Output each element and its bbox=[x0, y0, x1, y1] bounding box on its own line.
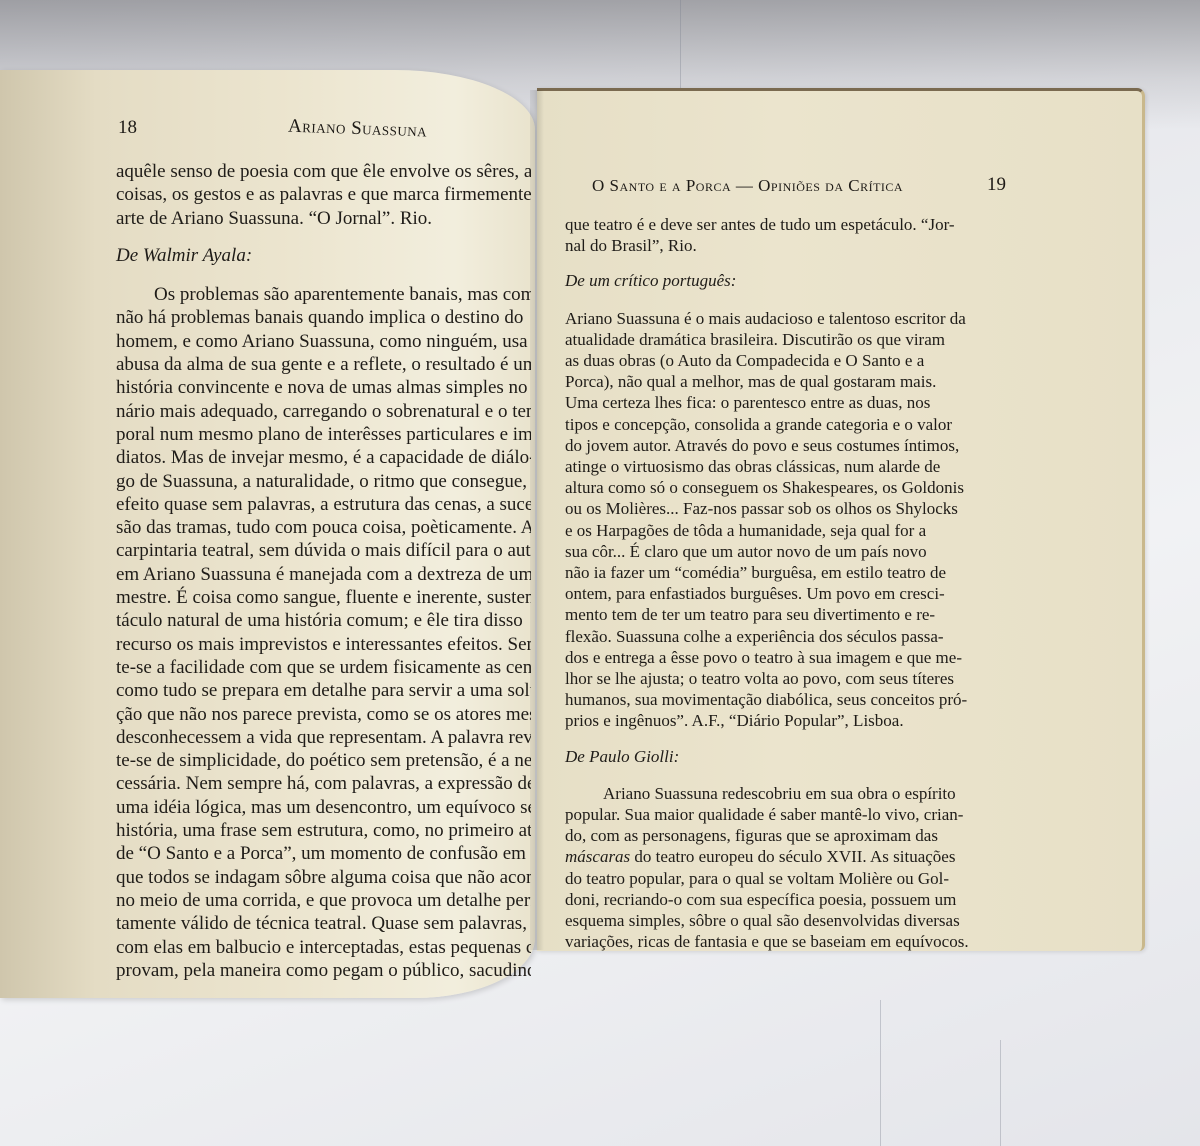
text-line: efeito quase sem palavras, a estrutura d… bbox=[116, 493, 531, 516]
portugues-paragraph: Ariano Suassuna é o mais audacioso e tal… bbox=[565, 308, 1020, 732]
text-line: do teatro popular, para o qual se voltam… bbox=[565, 868, 1020, 889]
text-line: do jovem autor. Através do povo e seus c… bbox=[565, 435, 1020, 456]
text-line: em Ariano Suassuna é manejada com a dext… bbox=[116, 563, 531, 586]
text-line: esquema simples, sôbre o qual são desenv… bbox=[565, 910, 1020, 931]
text-line: que todos se indagam sôbre alguma coisa … bbox=[116, 866, 531, 889]
text-line: homem, e como Ariano Suassuna, como ning… bbox=[116, 330, 531, 353]
text-line: poral num mesmo plano de interêsses part… bbox=[116, 423, 531, 446]
text-line: história, uma frase sem estrutura, como,… bbox=[116, 819, 531, 842]
text-line: Ariano Suassuna redescobriu em sua obra … bbox=[565, 783, 1020, 804]
text-line: altura como só o conseguem os Shakespear… bbox=[565, 477, 1020, 498]
section-heading-giolli: De Paulo Giolli: bbox=[565, 746, 1020, 767]
text-line: como tudo se prepara em detalhe para ser… bbox=[116, 679, 531, 702]
text-line: flexão. Suassuna colhe a experiência dos… bbox=[565, 626, 1020, 647]
text-line: prios e ingênuos”. A.F., “Diário Popular… bbox=[565, 710, 1020, 731]
text-line: lhor se lhe ajusta; o teatro volta ao po… bbox=[565, 668, 1020, 689]
text-line: provam, pela maneira como pegam o públic… bbox=[116, 959, 531, 982]
text-line: história convincente e nova de umas alma… bbox=[116, 376, 531, 399]
text-line: ou os Molières... Faz-nos passar sob os … bbox=[565, 498, 1020, 519]
text-line: humanos, sua movimentação diabólica, seu… bbox=[565, 689, 1020, 710]
text-line: Ariano Suassuna é o mais audacioso e tal… bbox=[565, 308, 1020, 329]
text-line: atualidade dramática brasileira. Discuti… bbox=[565, 329, 1020, 350]
text-line: do, com as personagens, figuras que se a… bbox=[565, 825, 1020, 846]
text-line: mestre. É coisa como sangue, fluente e i… bbox=[116, 586, 531, 609]
text-line: nal do Brasil”, Rio. bbox=[565, 235, 1020, 256]
text-line: com elas em balbucio e interceptadas, es… bbox=[116, 936, 531, 959]
text-line: recurso os mais imprevistos e interessan… bbox=[116, 633, 531, 656]
right-running-head: O Santo e a Porca — Opiniões da Crítica bbox=[592, 176, 903, 196]
text-line: te-se de simplicidade, do poético sem pr… bbox=[116, 749, 531, 772]
left-page-text: aquêle senso de poesia com que êle envol… bbox=[116, 160, 531, 982]
text-line: as duas obras (o Auto da Compadecida e O… bbox=[565, 350, 1020, 371]
text-line: ção que não nos parece prevista, como se… bbox=[116, 703, 531, 726]
text-line: tipos e concepção, consolida a grande ca… bbox=[565, 414, 1020, 435]
text-line: são das tramas, tudo com pouca coisa, po… bbox=[116, 516, 531, 539]
text-line: mento tem de ter um teatro para seu dive… bbox=[565, 604, 1020, 625]
text-line: diatos. Mas de invejar mesmo, é a capaci… bbox=[116, 446, 531, 469]
text-line: popular. Sua maior qualidade é saber man… bbox=[565, 804, 1020, 825]
right-page-text: que teatro é e deve ser antes de tudo um… bbox=[565, 214, 1020, 953]
background-crease bbox=[880, 1000, 881, 1146]
text-line: sua côr... É claro que um autor novo de … bbox=[565, 541, 1020, 562]
text-line: não ia fazer um “comédia” burguêsa, em e… bbox=[565, 562, 1020, 583]
text-line: doni, recriando-o com sua específica poe… bbox=[565, 889, 1020, 910]
text-line: não há problemas banais quando implica o… bbox=[116, 306, 531, 329]
book-gutter bbox=[530, 90, 544, 950]
text-line: nário mais adequado, carregando o sobren… bbox=[116, 400, 531, 423]
text-line: coisas, os gestos e as palavras e que ma… bbox=[116, 183, 531, 206]
right-page-number: 19 bbox=[987, 174, 1006, 196]
text-line: e os Harpagões de tôda a humanidade, sej… bbox=[565, 520, 1020, 541]
text-line: uma idéia lógica, mas um desencontro, um… bbox=[116, 796, 531, 819]
text-line: te-se a facilidade com que se urdem fisi… bbox=[116, 656, 531, 679]
left-page-number: 18 bbox=[118, 117, 137, 139]
text-line: aquêle senso de poesia com que êle envol… bbox=[116, 160, 531, 183]
walmir-paragraph: Os problemas são aparentemente banais, m… bbox=[116, 283, 531, 982]
text-line: variações, ricas de fantasia e que se ba… bbox=[565, 931, 1020, 952]
text-line: Porca), não qual a melhor, mas de qual g… bbox=[565, 371, 1020, 392]
intro-paragraph: aquêle senso de poesia com que êle envol… bbox=[116, 160, 531, 230]
text-line: táculo natural de uma história comum; e … bbox=[116, 609, 531, 632]
text-line: máscaras do teatro europeu do século XVI… bbox=[565, 846, 1020, 867]
text-line: que teatro é e deve ser antes de tudo um… bbox=[565, 214, 1020, 235]
italic-word: máscaras bbox=[565, 847, 630, 866]
text-line: abusa da alma de sua gente e a reflete, … bbox=[116, 353, 531, 376]
background-crease bbox=[1000, 1040, 1001, 1146]
text-line: desconhecessem a vida que representam. A… bbox=[116, 726, 531, 749]
text-line: Os problemas são aparentemente banais, m… bbox=[116, 283, 531, 306]
text-fragment: do teatro europeu do século XVII. As sit… bbox=[630, 847, 955, 866]
text-line: tamente válido de técnica teatral. Quase… bbox=[116, 912, 531, 935]
text-line: ontem, para enfastiados burguêses. Um po… bbox=[565, 583, 1020, 604]
text-line: cessária. Nem sempre há, com palavras, a… bbox=[116, 772, 531, 795]
text-line: no meio de uma corrida, e que provoca um… bbox=[116, 889, 531, 912]
text-line: go de Suassuna, a naturalidade, o ritmo … bbox=[116, 470, 531, 493]
section-heading-portugues: De um crítico português: bbox=[565, 270, 1020, 291]
text-line: Uma certeza lhes fica: o parentesco entr… bbox=[565, 392, 1020, 413]
text-line: de “O Santo e a Porca”, um momento de co… bbox=[116, 842, 531, 865]
text-line: atinge o virtuosismo das obras clássicas… bbox=[565, 456, 1020, 477]
intro-paragraph: que teatro é e deve ser antes de tudo um… bbox=[565, 214, 1020, 256]
giolli-paragraph: Ariano Suassuna redescobriu em sua obra … bbox=[565, 783, 1020, 953]
text-line: arte de Ariano Suassuna. “O Jornal”. Rio… bbox=[116, 207, 531, 230]
text-line: dos e entrega a êsse povo o teatro à sua… bbox=[565, 647, 1020, 668]
text-line: carpintaria teatral, sem dúvida o mais d… bbox=[116, 539, 531, 562]
section-heading-walmir: De Walmir Ayala: bbox=[116, 244, 531, 267]
